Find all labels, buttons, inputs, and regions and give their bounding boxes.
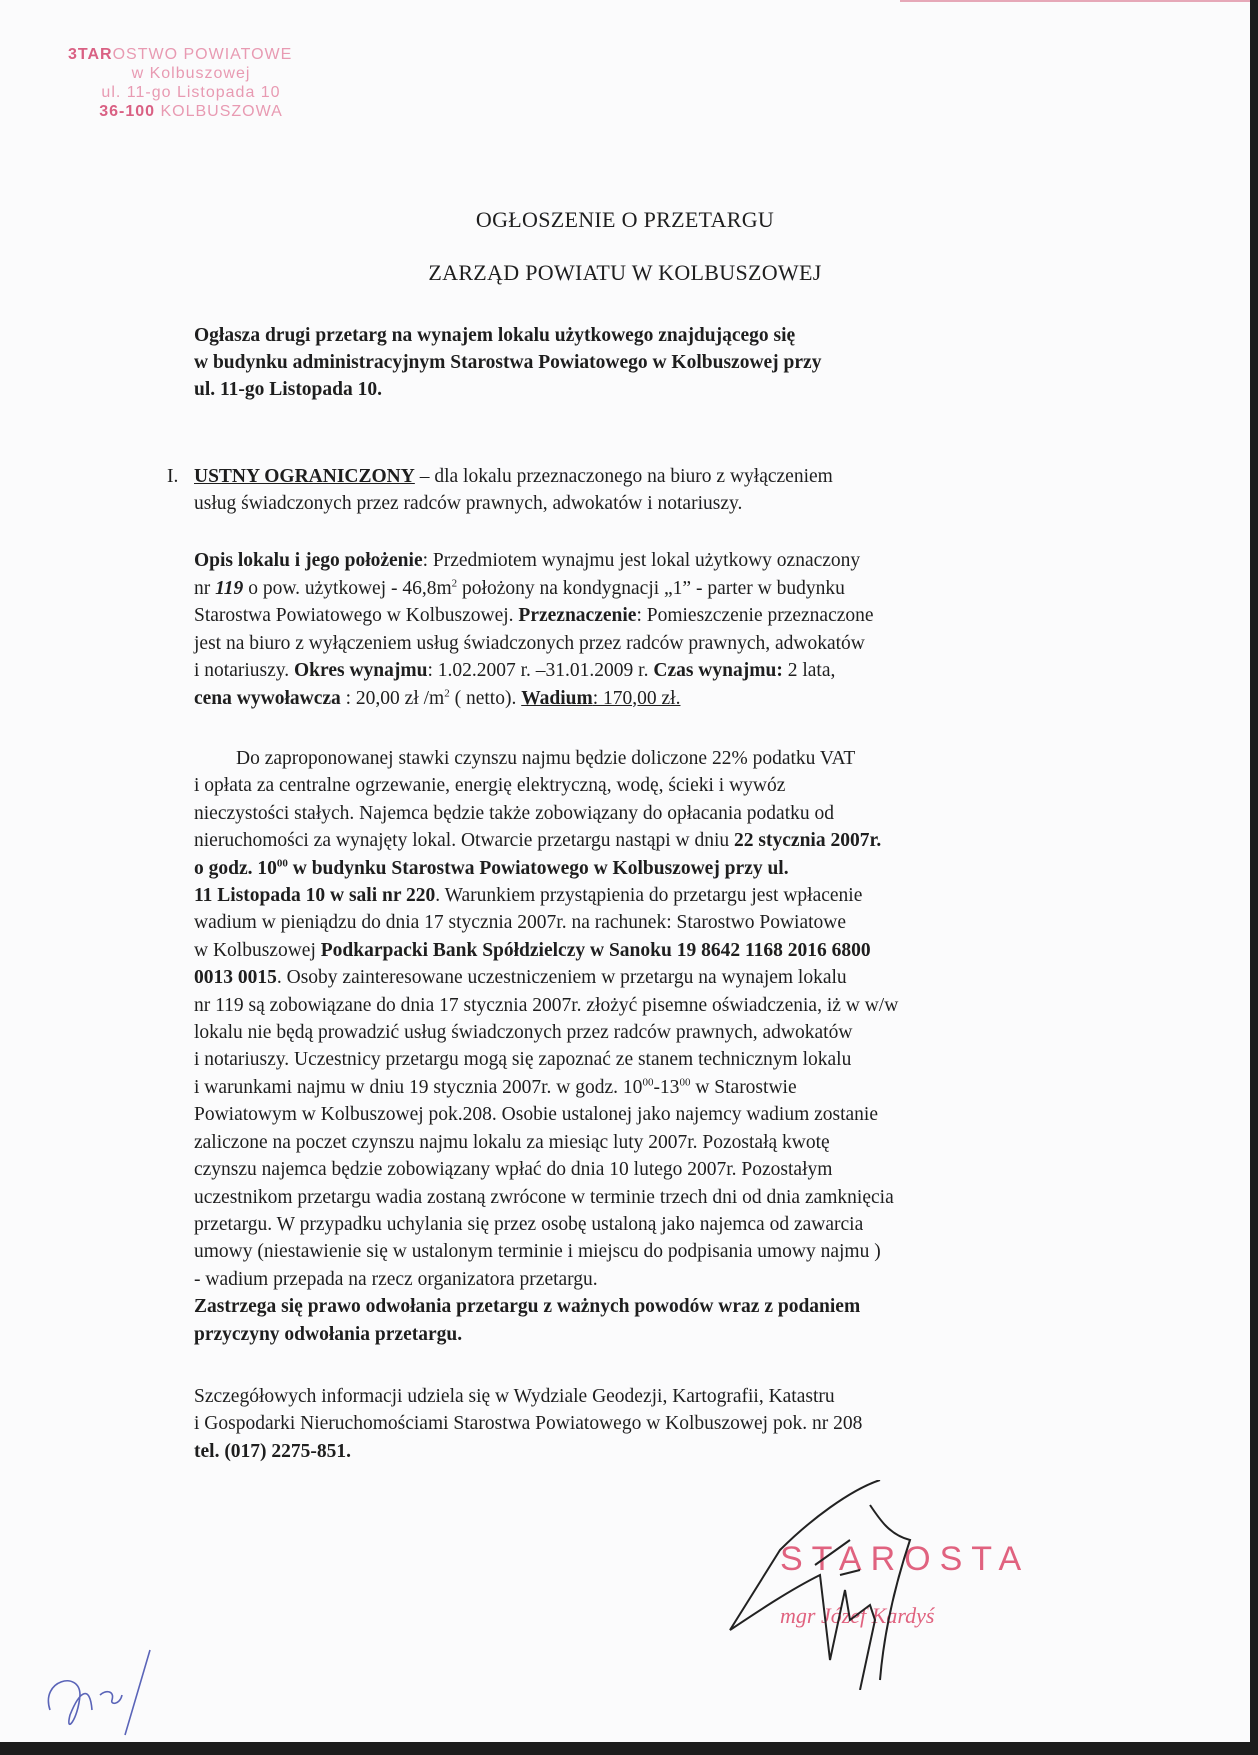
body-text: -13 bbox=[653, 1077, 679, 1098]
cena-value: : 20,00 zł /m bbox=[341, 688, 444, 709]
section-1: I. USTNY OGRANICZONY – dla lokalu przezn… bbox=[194, 463, 1094, 517]
superscript: 00 bbox=[642, 1076, 653, 1088]
opis-text: położony na kondygnacji „1” - parter w b… bbox=[457, 578, 845, 599]
cena-label: cena wywoławcza bbox=[194, 688, 341, 709]
opening-room: 11 Listopada 10 w sali nr 220 bbox=[194, 885, 435, 906]
opis-text: jest na biuro z wyłączeniem usług świadc… bbox=[194, 630, 1074, 658]
body-text: . Warunkiem przystąpienia do przetargu j… bbox=[435, 885, 862, 906]
czas-label: Czas wynajmu: bbox=[653, 660, 782, 681]
initials-signature-icon bbox=[30, 1640, 160, 1740]
footer-line: i Gospodarki Nieruchomościami Starostwa … bbox=[194, 1410, 1094, 1437]
superscript: 00 bbox=[679, 1076, 690, 1088]
opis-text: o pow. użytkowej - 46,8m bbox=[243, 578, 451, 599]
body-line: lokalu nie będą prowadzić usług świadczo… bbox=[194, 1019, 1094, 1046]
body-line: Do zaproponowanej stawki czynszu najmu b… bbox=[194, 745, 1094, 772]
bank-account: Podkarpacki Bank Spółdzielczy w Sanoku 1… bbox=[321, 940, 871, 961]
stamp-line2: w Kolbuszowej bbox=[66, 64, 316, 83]
przeznaczenie-label: Przeznaczenie bbox=[518, 605, 636, 626]
document-subtitle: ZARZĄD POWIATU W KOLBUSZOWEJ bbox=[0, 260, 1250, 286]
stamp-line4: KOLBUSZOWA bbox=[155, 103, 283, 120]
document-title: OGŁOSZENIE O PRZETARGU bbox=[0, 207, 1250, 233]
opis-text: : Pomieszczenie przeznaczone bbox=[636, 605, 873, 626]
stamp-line1-prefix: 3TAR bbox=[68, 46, 113, 63]
opis-text: : Przedmiotem wynajmu jest lokal użytkow… bbox=[423, 550, 861, 571]
body-line: i notariuszy. Uczestnicy przetargu mogą … bbox=[194, 1046, 1094, 1073]
intro-line: ul. 11-go Listopada 10. bbox=[194, 376, 1074, 403]
body-line: Powiatowym w Kolbuszowej pok.208. Osobie… bbox=[194, 1101, 1094, 1128]
office-stamp: 3TAROSTWO POWIATOWE w Kolbuszowej ul. 11… bbox=[66, 45, 316, 121]
phone-number: tel. (017) 2275-851. bbox=[194, 1438, 1094, 1465]
opening-date: 22 stycznia 2007r. bbox=[734, 830, 881, 851]
section-number: I. bbox=[167, 463, 178, 490]
lokal-number: 119 bbox=[215, 578, 243, 599]
intro-paragraph: Ogłasza drugi przetarg na wynajem lokalu… bbox=[194, 322, 1074, 403]
reservation-clause: Zastrzega się prawo odwołania przetargu … bbox=[194, 1293, 1094, 1320]
bank-account-end: 0013 0015 bbox=[194, 967, 277, 988]
section-text: usług świadczonych przez radców prawnych… bbox=[194, 490, 1094, 517]
superscript: 00 bbox=[277, 857, 288, 869]
stamp-line1: OSTWO POWIATOWE bbox=[113, 46, 293, 63]
stamp-line3: ul. 11-go Listopada 10 bbox=[66, 83, 316, 102]
wadium-value: : 170,00 zł. bbox=[593, 688, 681, 709]
scan-edge-line bbox=[900, 0, 1250, 2]
intro-line: Ogłasza drugi przetarg na wynajem lokalu… bbox=[194, 322, 1074, 349]
body-text: . Osoby zainteresowane uczestniczeniem w… bbox=[277, 967, 847, 988]
body-line: zaliczone na poczet czynszu najmu lokalu… bbox=[194, 1129, 1094, 1156]
wadium-label: Wadium bbox=[521, 688, 593, 709]
body-line: i opłata za centralne ogrzewanie, energi… bbox=[194, 772, 1094, 799]
section-heading: USTNY OGRANICZONY bbox=[194, 466, 415, 487]
body-text: i warunkami najmu w dniu 19 stycznia 200… bbox=[194, 1077, 642, 1098]
opis-label: Opis lokalu i jego położenie bbox=[194, 550, 423, 571]
opis-text: i notariuszy. bbox=[194, 660, 294, 681]
intro-line: w budynku administracyjnym Starostwa Pow… bbox=[194, 349, 1074, 376]
body-line: wadium w pieniądzu do dnia 17 stycznia 2… bbox=[194, 909, 1094, 936]
section-text: – dla lokalu przeznaczonego na biuro z w… bbox=[415, 466, 833, 487]
body-line: umowy (niestawienie się w ustalonym term… bbox=[194, 1238, 1094, 1265]
opening-place: w budynku Starostwa Powiatowego w Kolbus… bbox=[288, 858, 789, 879]
okres-label: Okres wynajmu bbox=[294, 660, 427, 681]
handwritten-signature-icon bbox=[720, 1480, 980, 1690]
reservation-clause: przyczyny odwołania przetargu. bbox=[194, 1321, 1094, 1348]
premises-description: Opis lokalu i jego położenie: Przedmiote… bbox=[194, 547, 1074, 712]
opening-time: o godz. 10 bbox=[194, 858, 277, 879]
opis-text: Starostwa Powiatowego w Kolbuszowej. bbox=[194, 605, 518, 626]
body-line: przetargu. W przypadku uchylania się prz… bbox=[194, 1211, 1094, 1238]
body-line: nieczystości stałych. Najemca będzie tak… bbox=[194, 800, 1094, 827]
cena-suffix: ( netto). bbox=[450, 688, 521, 709]
body-line: - wadium przepada na rzecz organizatora … bbox=[194, 1266, 1094, 1293]
body-line: czynszu najemca będzie zobowiązany wpłać… bbox=[194, 1156, 1094, 1183]
body-line: uczestnikom przetargu wadia zostaną zwró… bbox=[194, 1184, 1094, 1211]
body-line: nr 119 są zobowiązane do dnia 17 styczni… bbox=[194, 992, 1094, 1019]
footer-line: Szczegółowych informacji udziela się w W… bbox=[194, 1383, 1094, 1410]
body-text: w Kolbuszowej bbox=[194, 940, 321, 961]
opis-text: nr bbox=[194, 578, 215, 599]
okres-value: : 1.02.2007 r. –31.01.2009 r. bbox=[427, 660, 653, 681]
document-page: 3TAROSTWO POWIATOWE w Kolbuszowej ul. 11… bbox=[0, 0, 1250, 1742]
terms-paragraph: Do zaproponowanej stawki czynszu najmu b… bbox=[194, 745, 1094, 1348]
body-text: nieruchomości za wynajęty lokal. Otwarci… bbox=[194, 830, 734, 851]
stamp-line4-prefix: 36-100 bbox=[99, 103, 155, 120]
czas-value: 2 lata, bbox=[783, 660, 836, 681]
contact-info: Szczegółowych informacji udziela się w W… bbox=[194, 1383, 1094, 1465]
body-text: w Starostwie bbox=[690, 1077, 796, 1098]
